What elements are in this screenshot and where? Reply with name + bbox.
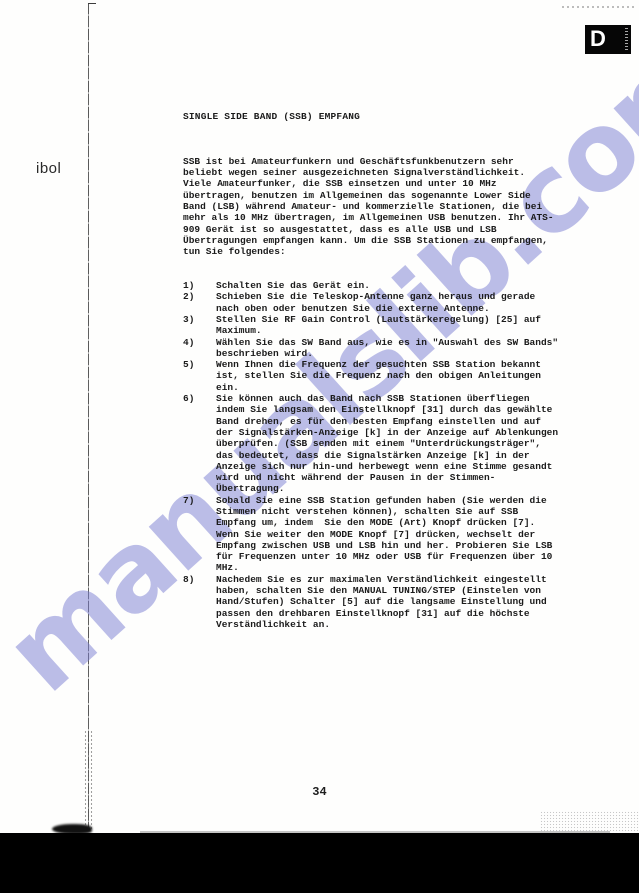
step-number: 2) — [183, 291, 216, 314]
intro-line: tun Sie folgendes: — [183, 246, 558, 257]
step-line: der Signalstärken-Anzeige [k] in der Anz… — [216, 427, 558, 438]
step-line: indem Sie langsam den Einstellknopf [31]… — [216, 404, 558, 415]
step-row: 1)Schalten Sie das Gerät ein. — [183, 280, 558, 291]
intro-line: SSB ist bei Amateurfunkern und Geschäfts… — [183, 156, 558, 167]
step-row: 7)Sobald Sie eine SSB Station gefunden h… — [183, 495, 558, 574]
step-line: Sie können auch das Band nach SSB Statio… — [216, 393, 558, 404]
step-line: haben, schalten Sie den MANUAL TUNING/ST… — [216, 585, 547, 596]
badge-edge-marks — [625, 28, 628, 51]
step-row: 2)Schieben Sie die Teleskop-Antenne ganz… — [183, 291, 558, 314]
step-line: Übertragung. — [216, 483, 558, 494]
step-number: 8) — [183, 574, 216, 630]
intro-line: Viele Amateurfunker, die SSB einsetzen u… — [183, 178, 558, 189]
cropped-margin-text: ibol — [36, 160, 61, 177]
step-line: passen den drehbaren Einstellknopf [31] … — [216, 608, 547, 619]
step-row: 5)Wenn Ihnen die Frequenz der gesuchten … — [183, 359, 558, 393]
intro-line: übertragen, benutzen im Allgemeinen das … — [183, 190, 558, 201]
step-row: 4)Wählen Sie das SW Band aus, wie es in … — [183, 337, 558, 360]
step-line: ein. — [216, 382, 541, 393]
scan-noise-speckle — [84, 730, 93, 830]
step-row: 3)Stellen Sie RF Gain Control (Lautstärk… — [183, 314, 558, 337]
step-line: wird und nicht während der Pausen in der… — [216, 472, 558, 483]
scan-noise-speckle — [540, 811, 639, 833]
step-lines: Wenn Ihnen die Frequenz der gesuchten SS… — [216, 359, 541, 393]
page-number: 34 — [0, 785, 639, 799]
step-lines: Stellen Sie RF Gain Control (Lautstärker… — [216, 314, 541, 337]
step-line: Maximum. — [216, 325, 541, 336]
step-number: 7) — [183, 495, 216, 574]
step-number: 4) — [183, 337, 216, 360]
step-line: Hand/Stufen) Schalter [5] auf die langsa… — [216, 596, 547, 607]
step-row: 6)Sie können auch das Band nach SSB Stat… — [183, 393, 558, 495]
step-line: Schalten Sie das Gerät ein. — [216, 280, 370, 291]
intro-line: beliebt wegen seiner ausgezeichneten Sig… — [183, 167, 558, 178]
step-line: Wenn Sie weiter den MODE Knopf [7] drück… — [216, 529, 552, 540]
step-line: für Frequenzen unter 10 MHz oder USB für… — [216, 551, 552, 562]
step-line: Stimmen nicht verstehen können), schalte… — [216, 506, 552, 517]
step-line: Wählen Sie das SW Band aus, wie es in "A… — [216, 337, 558, 348]
step-line: ist, stellen Sie die Frequenz nach den o… — [216, 370, 541, 381]
footer-scan-bar — [0, 833, 639, 893]
intro-paragraph: SSB ist bei Amateurfunkern und Geschäfts… — [183, 156, 558, 258]
step-line: nach oben oder benutzen Sie die externe … — [216, 303, 535, 314]
steps-list: 1)Schalten Sie das Gerät ein.2)Schieben … — [183, 280, 558, 630]
language-badge: D — [585, 25, 631, 54]
step-line: Anzeige sich nur hin-und herbewegt wenn … — [216, 461, 558, 472]
step-number: 6) — [183, 393, 216, 495]
step-lines: Sie können auch das Band nach SSB Statio… — [216, 393, 558, 495]
section-title: SINGLE SIDE BAND (SSB) EMPFANG — [183, 111, 558, 122]
step-line: Band drehen, es für den besten Empfang e… — [216, 416, 558, 427]
scan-noise-dots — [562, 6, 636, 8]
step-lines: Schieben Sie die Teleskop-Antenne ganz h… — [216, 291, 535, 314]
step-number: 3) — [183, 314, 216, 337]
step-line: überprüfen. (SSB senden mit einem "Unter… — [216, 438, 558, 449]
step-line: Nachedem Sie es zur maximalen Verständli… — [216, 574, 547, 585]
step-line: MHz. — [216, 562, 552, 573]
step-line: Empfang zwischen USB und LSB hin und her… — [216, 540, 552, 551]
step-line: Verständlichkeit an. — [216, 619, 547, 630]
step-line: das bedeutet, dass die Signalstärken Anz… — [216, 450, 558, 461]
step-line: beschrieben wird. — [216, 348, 558, 359]
step-line: Wenn Ihnen die Frequenz der gesuchten SS… — [216, 359, 541, 370]
language-badge-letter: D — [590, 26, 606, 52]
step-line: Schieben Sie die Teleskop-Antenne ganz h… — [216, 291, 535, 302]
intro-line: Übertragungen empfangen kann. Um die SSB… — [183, 235, 558, 246]
step-line: Empfang um, indem Sie den MODE (Art) Kno… — [216, 517, 552, 528]
step-lines: Schalten Sie das Gerät ein. — [216, 280, 370, 291]
intro-line: mehr als 10 MHz übertragen, im Allgemein… — [183, 212, 558, 223]
intro-line: Band (LSB) während Amateur- und kommerzi… — [183, 201, 558, 212]
step-number: 1) — [183, 280, 216, 291]
left-margin-scan-line-hook — [88, 3, 96, 4]
intro-line: 909 Gerät ist so ausgestattet, dass es a… — [183, 224, 558, 235]
step-line: Sobald Sie eine SSB Station gefunden hab… — [216, 495, 552, 506]
scanned-manual-page: ibol D manualslib.com SINGLE SIDE BAND (… — [0, 0, 639, 893]
step-lines: Wählen Sie das SW Band aus, wie es in "A… — [216, 337, 558, 360]
step-lines: Nachedem Sie es zur maximalen Verständli… — [216, 574, 547, 630]
left-margin-scan-line — [88, 3, 89, 827]
step-lines: Sobald Sie eine SSB Station gefunden hab… — [216, 495, 552, 574]
step-number: 5) — [183, 359, 216, 393]
step-line: Stellen Sie RF Gain Control (Lautstärker… — [216, 314, 541, 325]
manual-text-block: SINGLE SIDE BAND (SSB) EMPFANG SSB ist b… — [183, 88, 558, 653]
step-row: 8)Nachedem Sie es zur maximalen Verständ… — [183, 574, 558, 630]
